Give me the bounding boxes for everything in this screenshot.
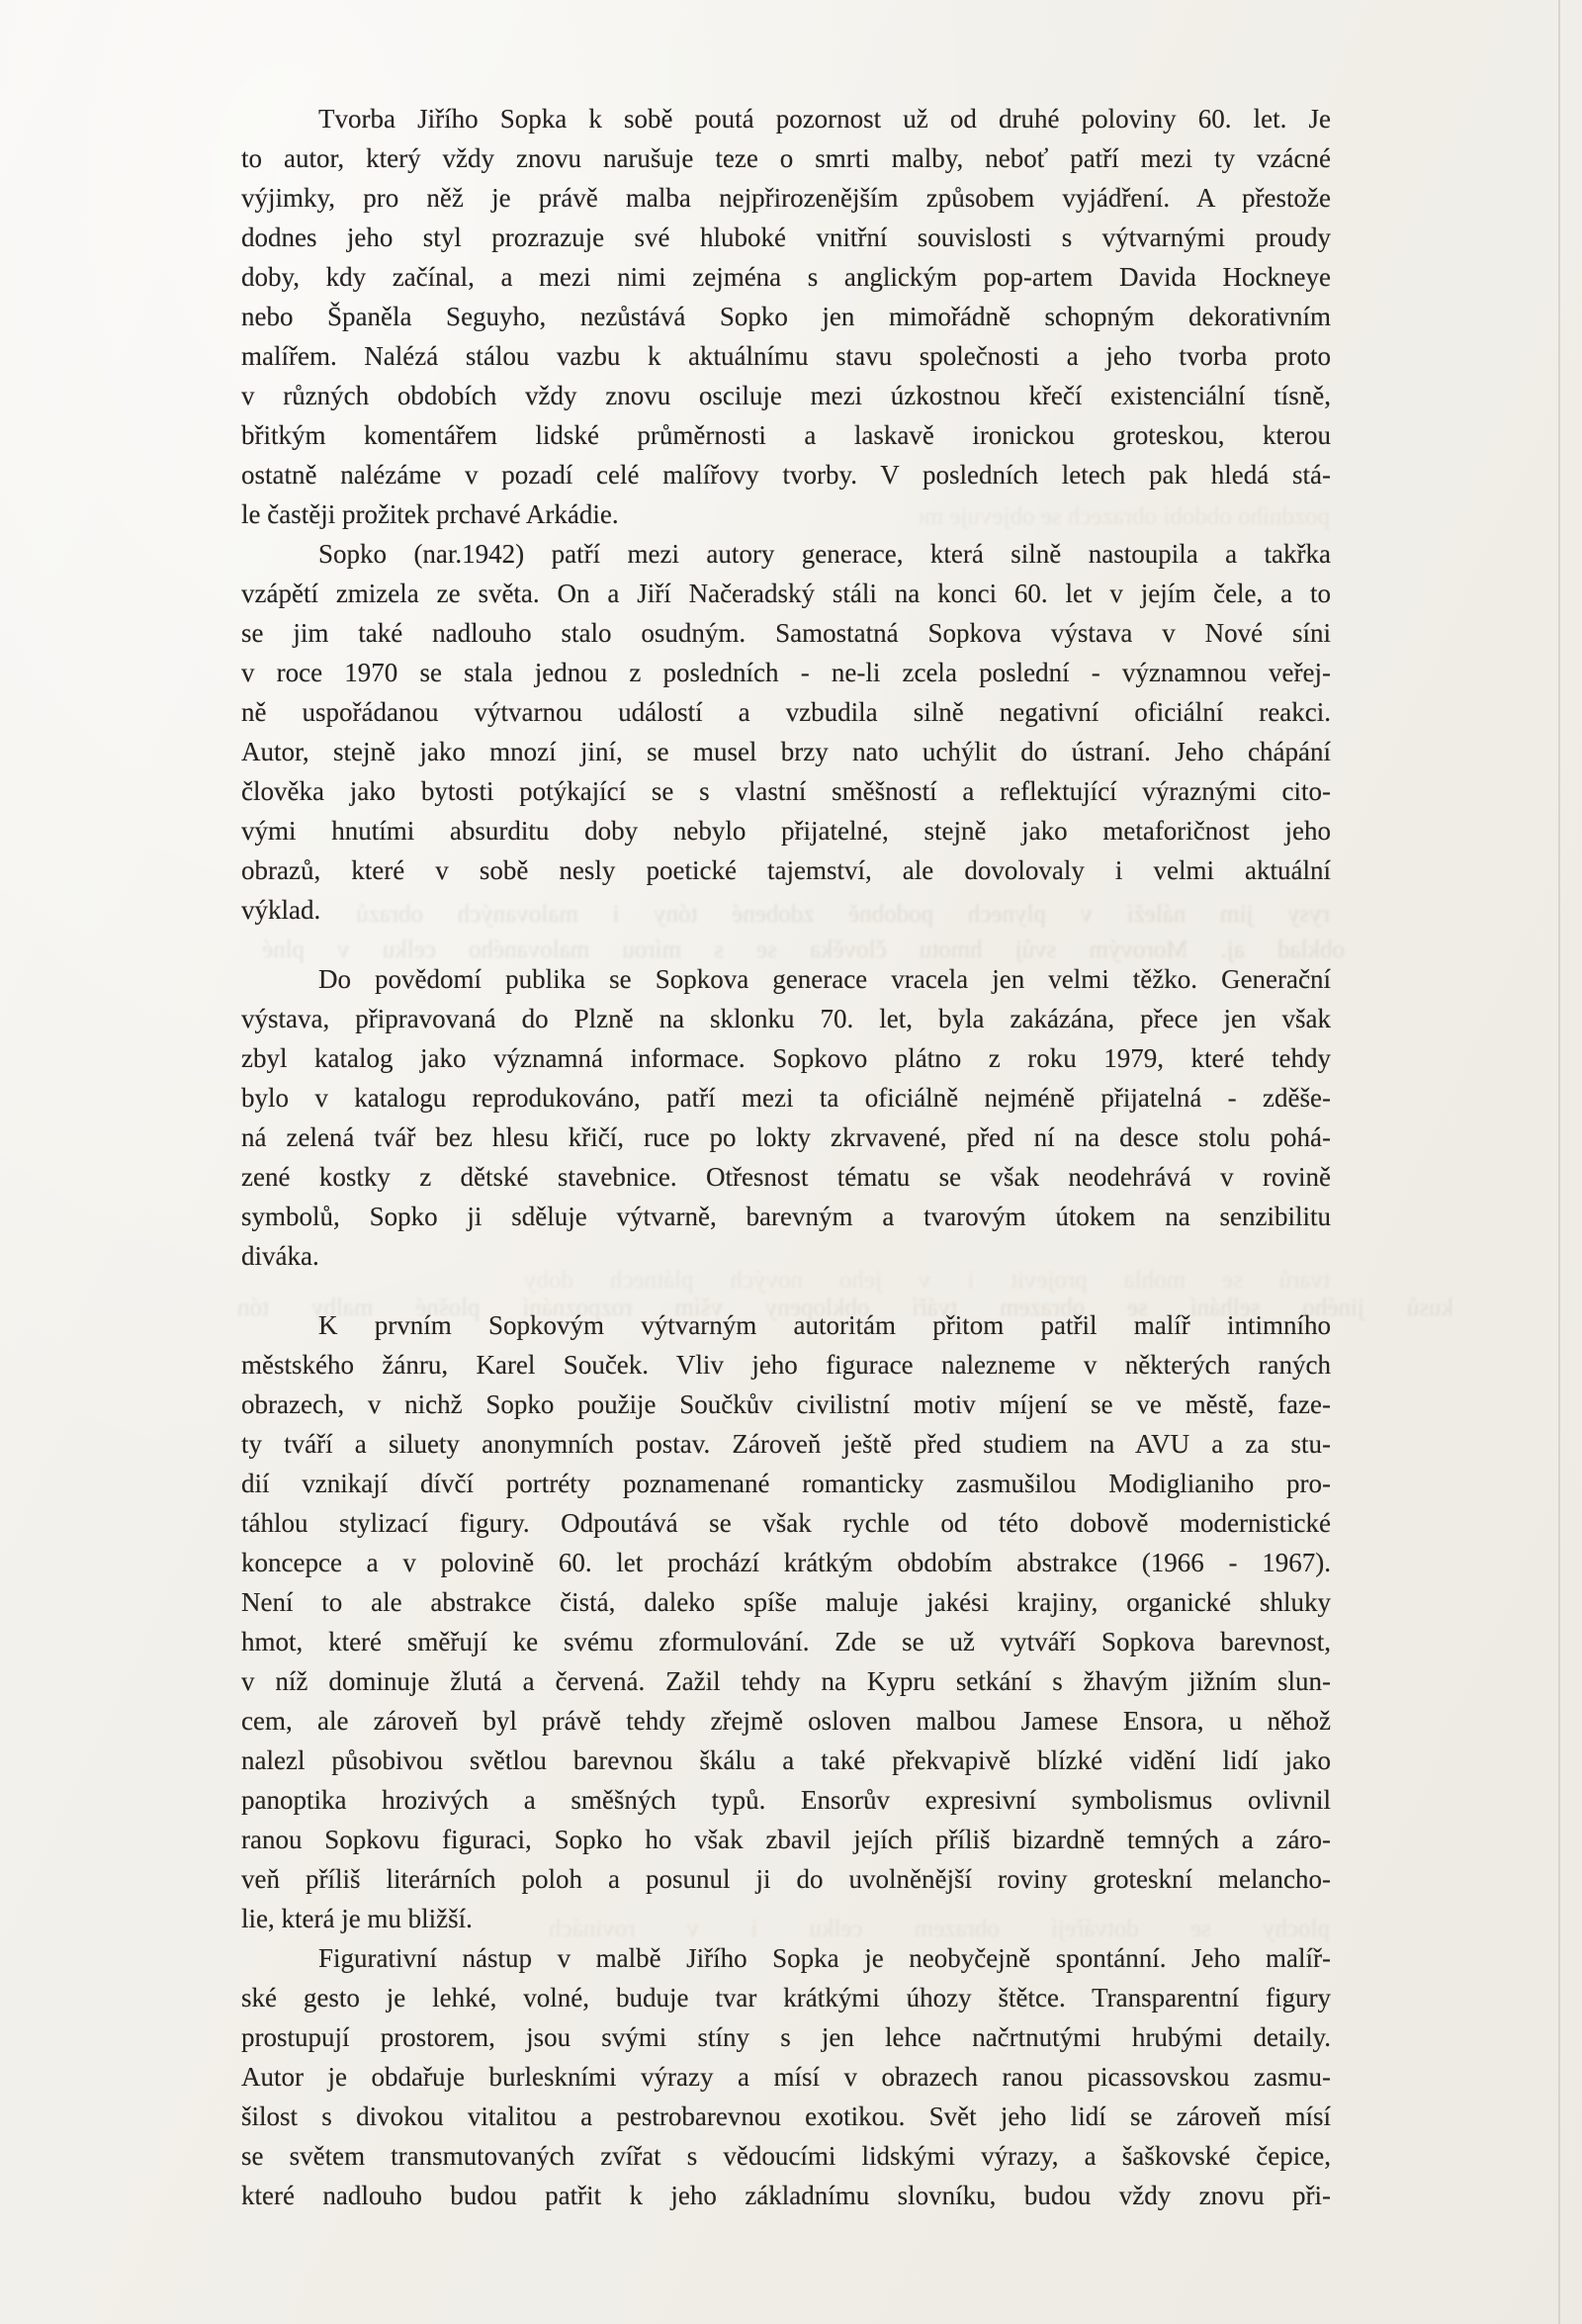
text-line: nalezl působivou světlou barevnou škálu … — [241, 1741, 1331, 1780]
paragraph: Tvorba Jiřího Sopka k sobě poutá pozorno… — [241, 99, 1331, 534]
text-line: v různých obdobích vždy znovu osciluje m… — [241, 376, 1331, 415]
text-line: cem, ale zároveň byl právě tehdy zřejmě … — [241, 1701, 1331, 1741]
paragraph: Do povědomí publika se Sopkova generace … — [241, 959, 1331, 1276]
text-line: lie, která je mu bližší. — [241, 1899, 1331, 1938]
text-line: ské gesto je lehké, volné, buduje tvar k… — [241, 1978, 1331, 2017]
body-text-block: Tvorba Jiřího Sopka k sobě poutá pozorno… — [241, 99, 1331, 2215]
text-line: ně uspořádanou výtvarnou událostí a vzbu… — [241, 692, 1331, 732]
text-line: ostatně nalézáme v pozadí celé malířovy … — [241, 455, 1331, 494]
page-edge-shadow — [1558, 0, 1560, 2324]
text-line: městského žánru, Karel Souček. Vliv jeho… — [241, 1345, 1331, 1385]
scanned-book-page: Tvorba Jiřího Sopka k sobě poutá pozorno… — [0, 0, 1582, 2324]
text-line: dií vznikají dívčí portréty poznamenané … — [241, 1464, 1331, 1503]
paragraph: Figurativní nástup v malbě Jiřího Sopka … — [241, 1938, 1331, 2215]
text-line: ranou Sopkovu figuraci, Sopko ho však zb… — [241, 1820, 1331, 1859]
text-line: člověka jako bytosti potýkající se s vla… — [241, 771, 1331, 811]
text-line: v roce 1970 se stala jednou z posledních… — [241, 653, 1331, 692]
text-line: diváka. — [241, 1236, 1331, 1276]
text-line: břitkým komentářem lidské průměrnosti a … — [241, 415, 1331, 455]
text-line: výstava, připravovaná do Plzně na sklonk… — [241, 999, 1331, 1038]
text-line: Do povědomí publika se Sopkova generace … — [241, 959, 1331, 999]
paragraph: Sopko (nar.1942) patří mezi autory gener… — [241, 534, 1331, 930]
text-line: dodnes jeho styl prozrazuje své hluboké … — [241, 218, 1331, 257]
text-line: zbyl katalog jako významná informace. So… — [241, 1038, 1331, 1078]
text-line: Sopko (nar.1942) patří mezi autory gener… — [241, 534, 1331, 574]
text-line: bylo v katalogu reprodukováno, patří mez… — [241, 1078, 1331, 1117]
text-line: panoptika hrozivých a směšných typů. Ens… — [241, 1780, 1331, 1820]
text-line: prostupují prostorem, jsou svými stíny s… — [241, 2017, 1331, 2057]
paragraph: K prvním Sopkovým výtvarným autoritám př… — [241, 1305, 1331, 1938]
text-line: táhlou stylizací figury. Odpoutává se vš… — [241, 1503, 1331, 1543]
text-line: koncepce a v polovině 60. let prochází k… — [241, 1543, 1331, 1582]
text-line: veň příliš literárních poloh a posunul j… — [241, 1859, 1331, 1899]
text-line: Autor, stejně jako mnozí jiní, se musel … — [241, 732, 1331, 771]
text-line: ná zelená tvář bez hlesu křičí, ruce po … — [241, 1117, 1331, 1157]
text-line: malířem. Nalézá stálou vazbu k aktuálním… — [241, 336, 1331, 376]
text-line: obrazech, v nichž Sopko použije Součkův … — [241, 1385, 1331, 1424]
text-line: se jim také nadlouho stalo osudným. Samo… — [241, 613, 1331, 653]
text-line: se světem transmutovaných zvířat s vědou… — [241, 2136, 1331, 2176]
text-line: Tvorba Jiřího Sopka k sobě poutá pozorno… — [241, 99, 1331, 138]
text-line: doby, kdy začínal, a mezi nimi zejména s… — [241, 257, 1331, 297]
text-line: symbolů, Sopko ji sděluje výtvarně, bare… — [241, 1197, 1331, 1236]
text-line: Figurativní nástup v malbě Jiřího Sopka … — [241, 1938, 1331, 1978]
text-line: obrazů, které v sobě nesly poetické taje… — [241, 850, 1331, 890]
text-line: K prvním Sopkovým výtvarným autoritám př… — [241, 1305, 1331, 1345]
text-line: le častěji prožitek prchavé Arkádie. — [241, 494, 1331, 534]
text-line: nebo Španěla Seguyho, nezůstává Sopko je… — [241, 297, 1331, 336]
text-line: ty tváří a siluety anonymních postav. Zá… — [241, 1424, 1331, 1464]
text-line: vými hnutími absurditu doby nebylo přija… — [241, 811, 1331, 850]
text-line: vzápětí zmizela ze světa. On a Jiří Nače… — [241, 574, 1331, 613]
text-line: Není to ale abstrakce čistá, daleko spíš… — [241, 1582, 1331, 1622]
text-line: výklad. — [241, 890, 1331, 930]
text-line: to autor, který vždy znovu narušuje teze… — [241, 138, 1331, 178]
text-line: hmot, které směřují ke svému zformulován… — [241, 1622, 1331, 1661]
text-line: zené kostky z dětské stavebnice. Otřesno… — [241, 1157, 1331, 1197]
text-line: v níž dominuje žlutá a červená. Zažil te… — [241, 1661, 1331, 1701]
text-line: výjimky, pro něž je právě malba nejpřiro… — [241, 178, 1331, 218]
text-line: které nadlouho budou patřit k jeho zákla… — [241, 2176, 1331, 2215]
text-line: šilost s divokou vitalitou a pestrobarev… — [241, 2097, 1331, 2136]
text-line: Autor je obdařuje burleskními výrazy a m… — [241, 2057, 1331, 2097]
